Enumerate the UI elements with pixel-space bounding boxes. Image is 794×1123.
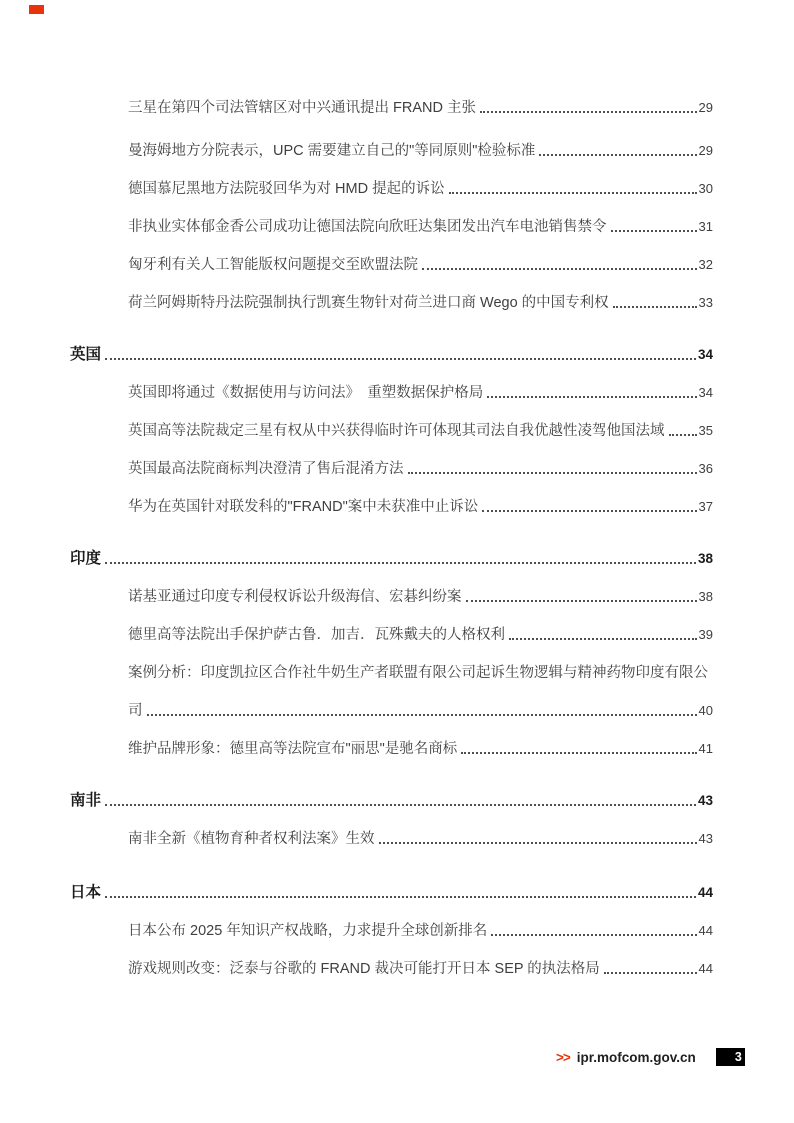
dot-leader [509, 638, 697, 640]
toc-item-row[interactable]: 英国即将通过《数据使用与访问法》 重塑数据保护格局34 [128, 382, 713, 402]
toc-page-number: 44 [698, 885, 713, 902]
document-page: 三星在第四个司法管辖区对中兴通讯提出 FRAND 主张29曼海姆地方分院表示，U… [0, 0, 794, 1123]
page-number: 3 [735, 1050, 742, 1064]
toc-entry-title: 游戏规则改变：泛泰与谷歌的 FRAND 裁决可能打开日本 SEP 的执法格局 [128, 961, 600, 978]
dot-leader [147, 714, 697, 716]
dot-leader [379, 842, 697, 844]
dot-leader [105, 358, 696, 360]
toc-page-number: 32 [699, 258, 713, 274]
dot-leader [461, 752, 696, 754]
dot-leader [613, 306, 697, 308]
dot-leader [105, 804, 696, 806]
dot-leader [611, 230, 697, 232]
toc-page-number: 36 [699, 462, 713, 478]
dot-leader [539, 154, 696, 156]
toc-item-row[interactable]: 游戏规则改变：泛泰与谷歌的 FRAND 裁决可能打开日本 SEP 的执法格局44 [128, 958, 713, 978]
toc-entry-title: 日本 [70, 884, 101, 902]
toc-entry-title: 荷兰阿姆斯特丹法院强制执行凯赛生物针对荷兰进口商 Wego 的中国专利权 [128, 295, 609, 312]
toc-page-number: 39 [699, 628, 713, 644]
toc-item-row[interactable]: 匈牙利有关人工智能版权问题提交至欧盟法院32 [128, 254, 713, 274]
toc-entry-title: 英国 [70, 346, 101, 364]
toc-item-row[interactable]: 英国最高法院商标判决澄清了售后混淆方法36 [128, 458, 713, 478]
dot-leader [480, 111, 697, 113]
toc-section-row[interactable]: 印度38 [70, 548, 713, 568]
toc-item-row[interactable]: 诺基亚通过印度专利侵权诉讼升级海信、宏碁纠纷案38 [128, 586, 713, 606]
toc-entry-title: 德国慕尼黑地方法院驳回华为对 HMD 提起的诉讼 [128, 181, 445, 198]
toc-page-number: 38 [698, 551, 713, 568]
toc-entry-title: 英国最高法院商标判决澄清了售后混淆方法 [128, 461, 404, 478]
toc-item-row[interactable]: 司40 [128, 700, 713, 720]
toc-entry-title: 英国高等法院裁定三星有权从中兴获得临时许可体现其司法自我优越性凌驾他国法域 [128, 423, 665, 440]
toc-entry-title: 非执业实体郁金香公司成功让德国法院向欣旺达集团发出汽车电池销售禁令 [128, 219, 607, 236]
toc-page-number: 31 [699, 220, 713, 236]
toc-page-number: 37 [699, 500, 713, 516]
page-footer: >> ipr.mofcom.gov.cn 3 [556, 1047, 745, 1067]
toc-item-row[interactable]: 非执业实体郁金香公司成功让德国法院向欣旺达集团发出汽车电池销售禁令31 [128, 216, 713, 236]
dot-leader [105, 562, 696, 564]
footer-site-link[interactable]: ipr.mofcom.gov.cn [577, 1050, 696, 1065]
toc-page-number: 30 [699, 182, 713, 198]
toc-page-number: 29 [699, 101, 713, 117]
toc-page-number: 35 [699, 424, 713, 440]
toc-item-row[interactable]: 德里高等法院出手保护萨古鲁．加吉．瓦殊戴夫的人格权利39 [128, 624, 713, 644]
dot-leader [669, 434, 697, 436]
toc-entry-title: 案例分析：印度凯拉区合作社牛奶生产者联盟有限公司起诉生物逻辑与精神药物印度有限公 [128, 665, 708, 682]
toc-item-row[interactable]: 荷兰阿姆斯特丹法院强制执行凯赛生物针对荷兰进口商 Wego 的中国专利权33 [128, 292, 713, 312]
dot-leader [466, 600, 697, 602]
toc-entry-title: 诺基亚通过印度专利侵权诉讼升级海信、宏碁纠纷案 [128, 589, 462, 606]
dot-leader [482, 510, 696, 512]
toc-page-number: 29 [699, 144, 713, 160]
page-number-badge: 3 [716, 1048, 745, 1066]
toc-page-number: 41 [699, 742, 713, 758]
toc-item-row[interactable]: 华为在英国针对联发科的"FRAND"案中未获准中止诉讼37 [128, 496, 713, 516]
toc-section-row[interactable]: 日本44 [70, 882, 713, 902]
toc-page-number: 44 [699, 924, 713, 940]
toc-entry-title: 维护品牌形象：德里高等法院宣布"丽思"是驰名商标 [128, 741, 457, 758]
dot-leader [487, 396, 696, 398]
toc-entry-title: 日本公布 2025 年知识产权战略，力求提升全球创新排名 [128, 923, 487, 940]
toc-page-number: 38 [699, 590, 713, 606]
dot-leader [604, 972, 697, 974]
toc-page-number: 34 [698, 347, 713, 364]
toc-entry-title: 司 [128, 703, 143, 720]
toc-entry-title: 德里高等法院出手保护萨古鲁．加吉．瓦殊戴夫的人格权利 [128, 627, 505, 644]
page-corner-mark [29, 5, 44, 14]
toc-item-row[interactable]: 维护品牌形象：德里高等法院宣布"丽思"是驰名商标41 [128, 738, 713, 758]
dot-leader [491, 934, 696, 936]
dot-leader [408, 472, 697, 474]
toc-page-number: 44 [699, 962, 713, 978]
toc-section-row[interactable]: 南非43 [70, 790, 713, 810]
toc-item-row[interactable]: 曼海姆地方分院表示，UPC 需要建立自己的"等同原则"检验标准29 [128, 140, 713, 160]
dot-leader [422, 268, 697, 270]
toc-page-number: 40 [699, 704, 713, 720]
toc-item-row[interactable]: 日本公布 2025 年知识产权战略，力求提升全球创新排名44 [128, 920, 713, 940]
double-chevron-icon: >> [556, 1050, 570, 1065]
dot-leader [105, 896, 696, 898]
toc-item-row[interactable]: 德国慕尼黑地方法院驳回华为对 HMD 提起的诉讼30 [128, 178, 713, 198]
toc-entry-title: 曼海姆地方分院表示，UPC 需要建立自己的"等同原则"检验标准 [128, 143, 535, 160]
toc-entry-title: 华为在英国针对联发科的"FRAND"案中未获准中止诉讼 [128, 499, 478, 516]
toc-page-number: 34 [699, 386, 713, 402]
toc-page-number: 33 [699, 296, 713, 312]
toc-item-row[interactable]: 南非全新《植物育种者权利法案》生效43 [128, 828, 713, 848]
toc-entry-title: 南非 [70, 792, 101, 810]
toc-entry-title: 英国即将通过《数据使用与访问法》 重塑数据保护格局 [128, 385, 483, 402]
toc-item-row[interactable]: 案例分析：印度凯拉区合作社牛奶生产者联盟有限公司起诉生物逻辑与精神药物印度有限公 [128, 662, 713, 682]
toc-section-row[interactable]: 英国34 [70, 344, 713, 364]
toc-page-number: 43 [699, 832, 713, 848]
toc-item-row[interactable]: 三星在第四个司法管辖区对中兴通讯提出 FRAND 主张29 [128, 97, 713, 117]
dot-leader [449, 192, 697, 194]
toc-entry-title: 三星在第四个司法管辖区对中兴通讯提出 FRAND 主张 [128, 100, 476, 117]
toc-item-row[interactable]: 英国高等法院裁定三星有权从中兴获得临时许可体现其司法自我优越性凌驾他国法域35 [128, 420, 713, 440]
toc-page-number: 43 [698, 793, 713, 810]
toc-entry-title: 印度 [70, 550, 101, 568]
toc-entry-title: 南非全新《植物育种者权利法案》生效 [128, 831, 375, 848]
toc-entry-title: 匈牙利有关人工智能版权问题提交至欧盟法院 [128, 257, 418, 274]
